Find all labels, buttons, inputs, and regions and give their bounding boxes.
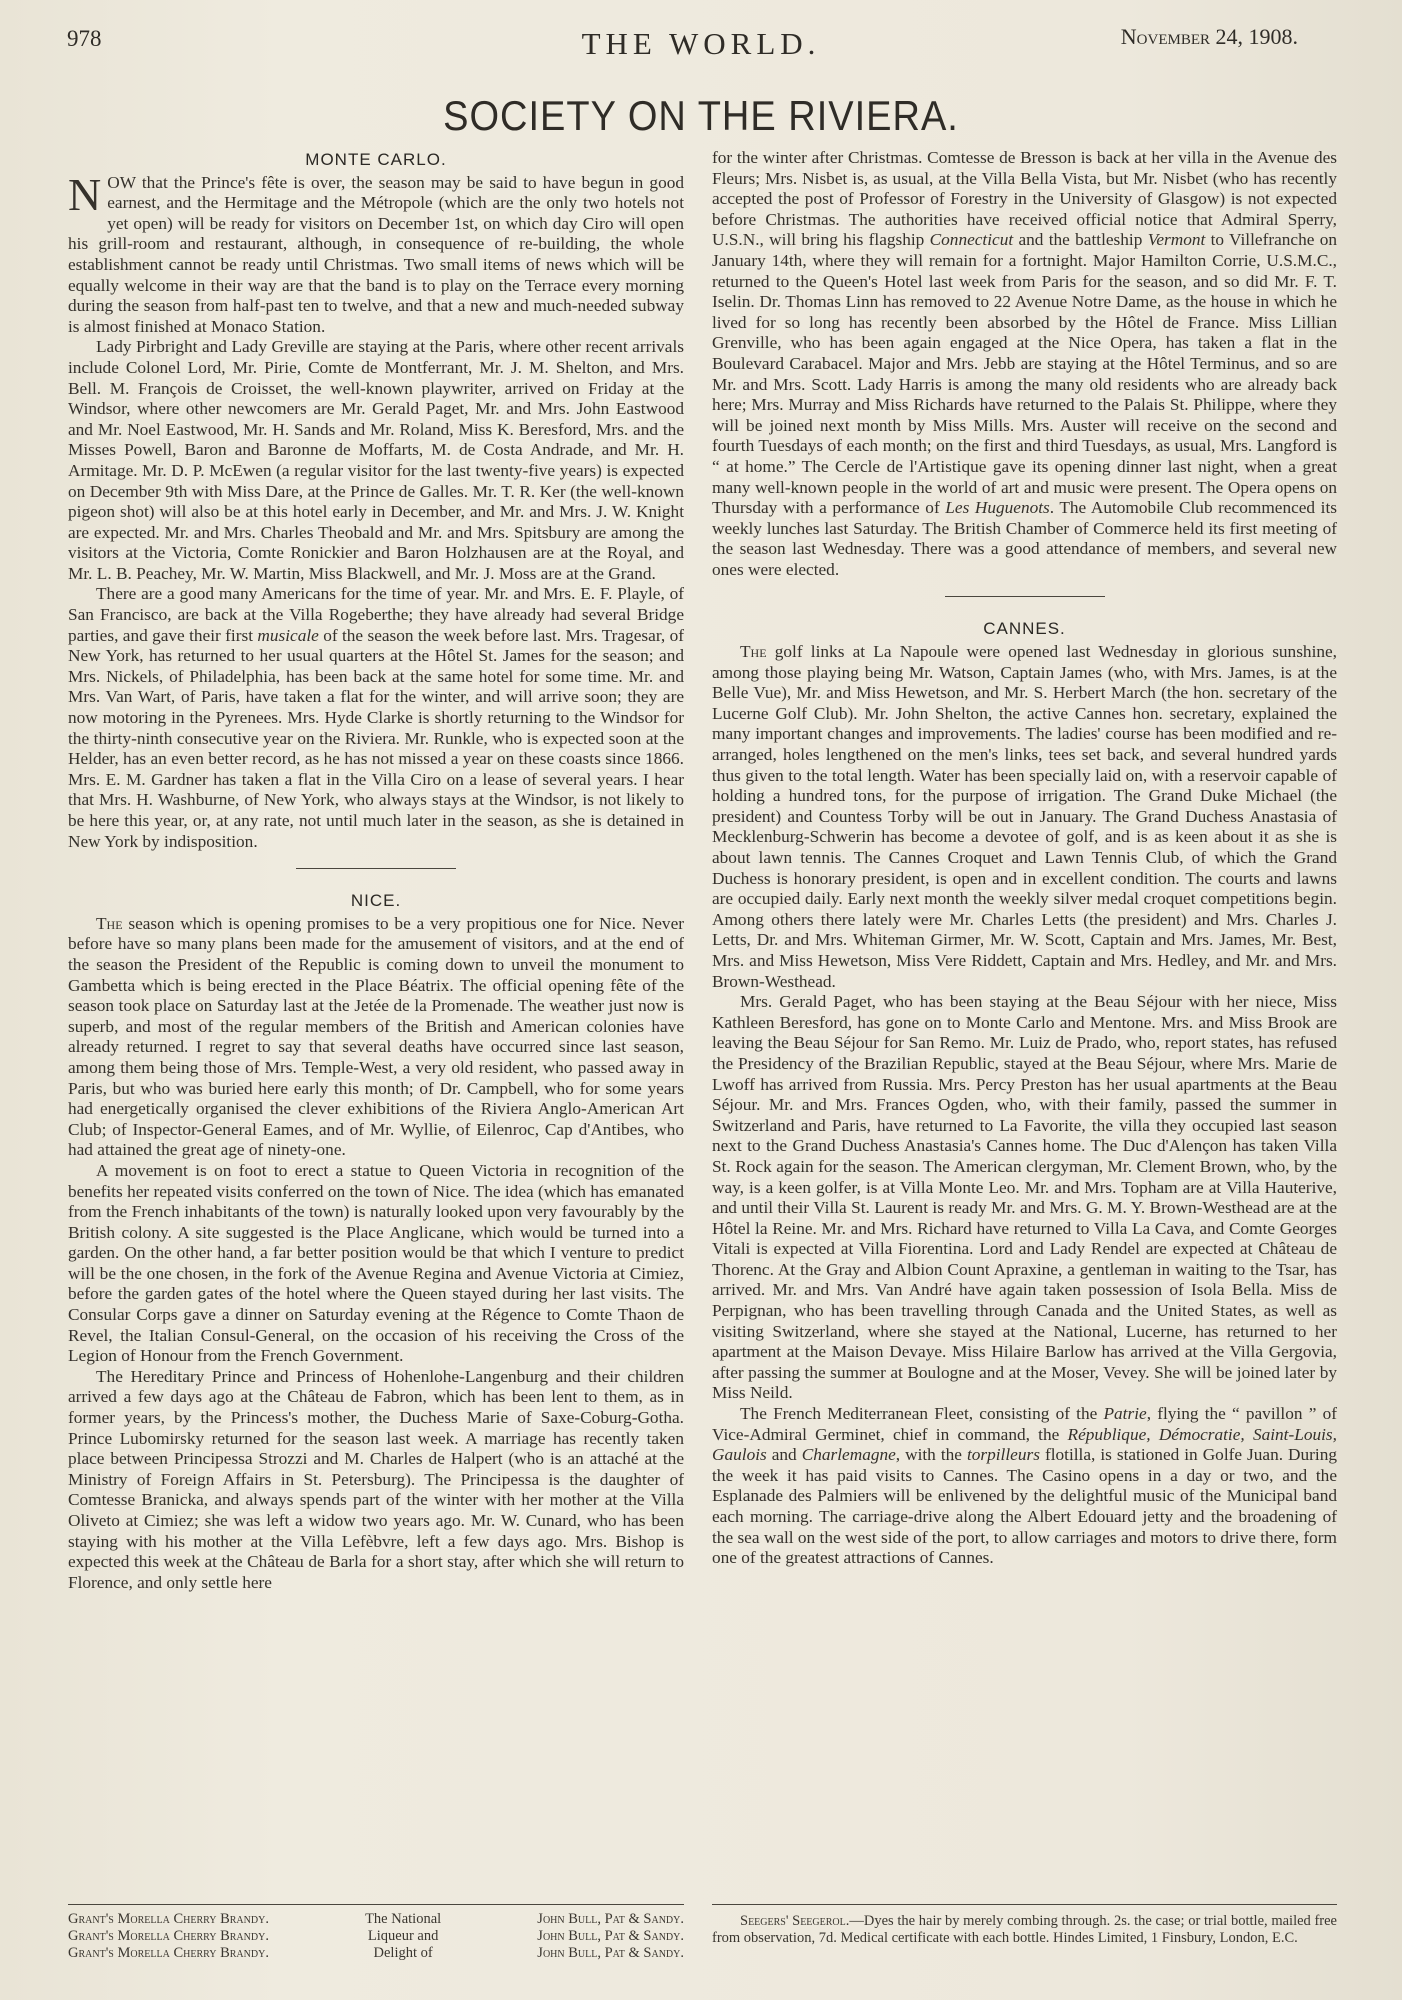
paragraph: There are a good many Americans for the … — [68, 584, 684, 852]
ad-line: Grant's Morella Cherry Brandy.Liqueur an… — [68, 1928, 684, 1945]
ad-lead: Seegers' Seegerol. — [740, 1913, 849, 1929]
article-title: SOCIETY ON THE RIVIERA. — [0, 94, 1402, 141]
masthead: 978 THE WORLD. November 24, 1908. — [0, 22, 1402, 62]
advertisement-hair-dye: Seegers' Seegerol.—Dyes the hair by mere… — [712, 1904, 1337, 1947]
advertisement-brandy: Grant's Morella Cherry Brandy.The Nation… — [68, 1904, 684, 1962]
paragraph: The golf links at La Napoule were opened… — [712, 642, 1337, 992]
drop-cap: N — [68, 175, 101, 215]
section-divider — [296, 868, 456, 869]
ad-line: Grant's Morella Cherry Brandy.The Nation… — [68, 1911, 684, 1928]
section-divider — [945, 596, 1105, 597]
ad-line: Grant's Morella Cherry Brandy.Delight of… — [68, 1945, 684, 1962]
paragraph: The French Mediterranean Fleet, consisti… — [712, 1404, 1337, 1569]
paragraph: Mrs. Gerald Paget, who has been staying … — [712, 992, 1337, 1404]
paragraph: A movement is on foot to erect a statue … — [68, 1161, 684, 1367]
issue-date: November 24, 1908. — [1121, 24, 1298, 50]
paragraph-continued: for the winter after Christmas. Comtesse… — [712, 148, 1337, 580]
paragraph: The season which is opening promises to … — [68, 914, 684, 1161]
section-heading-cannes: CANNES. — [712, 619, 1337, 640]
section-heading-monte-carlo: MONTE CARLO. — [68, 150, 684, 171]
paragraph: NOW that the Prince's fête is over, the … — [68, 173, 684, 338]
paragraph: Lady Pirbright and Lady Greville are sta… — [68, 337, 684, 584]
left-column: MONTE CARLO. NOW that the Prince's fête … — [68, 150, 684, 1593]
right-column: for the winter after Christmas. Comtesse… — [712, 148, 1337, 1569]
paragraph: The Hereditary Prince and Princess of Ho… — [68, 1367, 684, 1594]
section-heading-nice: NICE. — [68, 891, 684, 912]
newspaper-page: 978 THE WORLD. November 24, 1908. SOCIET… — [0, 0, 1402, 2000]
